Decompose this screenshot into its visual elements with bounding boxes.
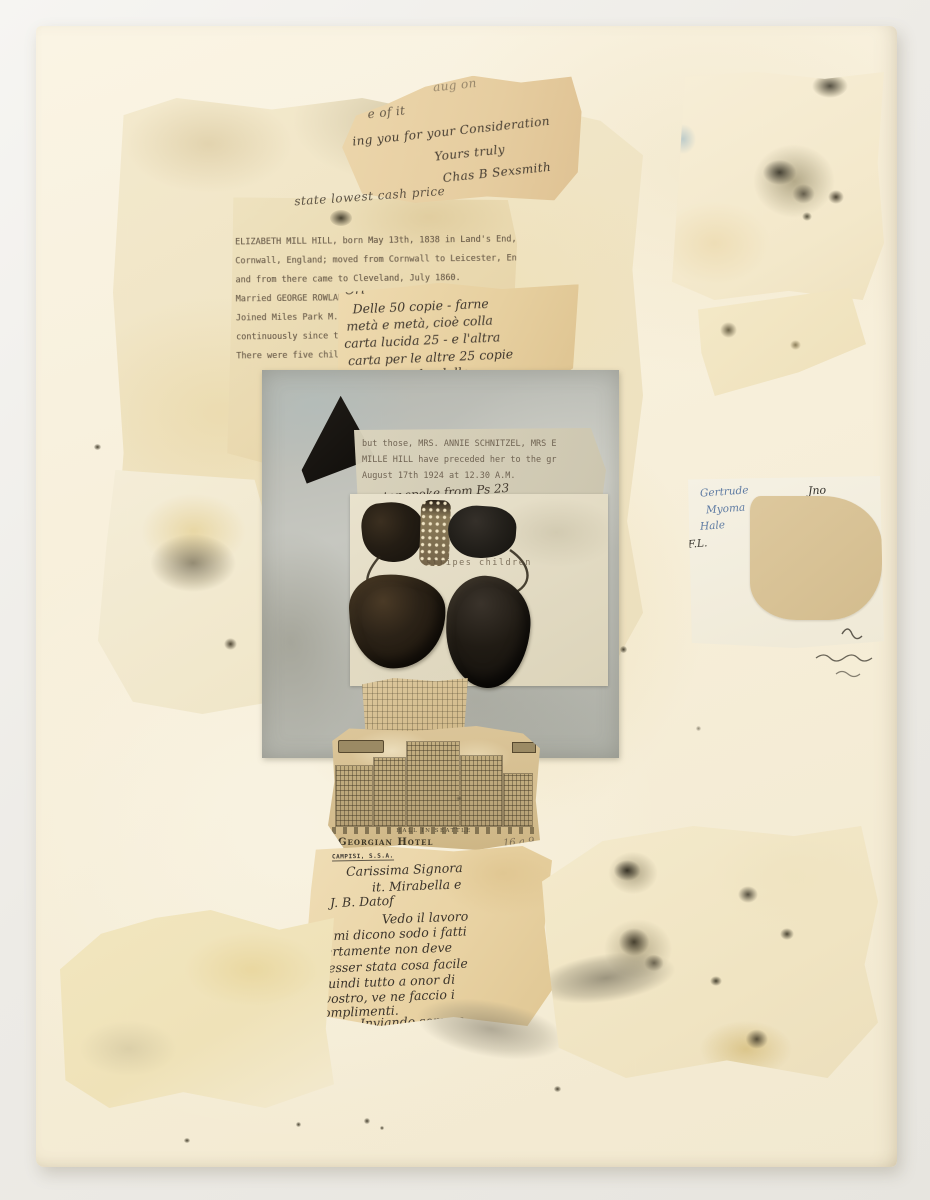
- ink-stain: [746, 138, 842, 224]
- building: [504, 774, 532, 826]
- handwritten-letter-fragment-bottom: CAMPISI, S.S.A. Carissima Signora it. Mi…: [306, 846, 552, 1026]
- ink-speck: [296, 1122, 301, 1127]
- stamp-text: CAMPISI, S.S.A.: [332, 852, 394, 861]
- ink-smudge: [150, 534, 236, 592]
- blue-smudge: [670, 124, 696, 154]
- ink-dot: [790, 340, 801, 350]
- artwork-sheet: ELIZABETH MILL HILL, born May 13th, 1838…: [36, 26, 897, 1167]
- leather-pouch-left: [347, 571, 449, 671]
- typed-line: but those, MRS. ANNIE SCHNITZEL, MRS E: [354, 428, 606, 452]
- handwriting-line: aug on: [432, 76, 477, 94]
- ink-speck: [554, 1086, 561, 1092]
- ink-speck: [364, 1118, 370, 1124]
- white-card: stripes children: [350, 494, 608, 686]
- ink-stain: [812, 74, 848, 98]
- ink-speck: [456, 796, 462, 801]
- handwriting-line: J. B. Datof: [330, 893, 394, 910]
- ink-dot: [224, 638, 237, 650]
- ink-speck: [620, 646, 627, 653]
- engraving-subcaption: HALL IN SEATTLE: [328, 828, 540, 834]
- leather-pouch-right: [443, 574, 533, 690]
- ink-speck: [330, 210, 352, 226]
- ink-speck: [94, 444, 101, 450]
- ink-dot: [738, 886, 758, 903]
- engraved-buildings: [336, 738, 532, 826]
- ink-speck: [696, 726, 701, 731]
- gray-smudge: [412, 988, 569, 1069]
- stained-fragment-top-right: [672, 72, 884, 300]
- yellow-stain: [692, 1016, 800, 1082]
- pale-fragment-left: [98, 470, 272, 714]
- yellowed-fragment-bottom-left: [60, 910, 334, 1108]
- building: [336, 766, 372, 826]
- ink-dot: [802, 212, 812, 221]
- ink-speck: [184, 1138, 190, 1143]
- ink-dot: [720, 322, 737, 338]
- handwriting-line: Yours truly: [434, 142, 506, 163]
- stained-fragment-bottom-right: [542, 826, 878, 1078]
- leather-piece-small-right: [446, 504, 517, 561]
- leather-piece-small-left: [359, 499, 427, 565]
- handwriting-line-blue: Hale: [700, 519, 726, 533]
- ink-stain: [604, 848, 662, 898]
- gray-streak: [533, 944, 678, 1011]
- handwriting-initials: F.L.: [688, 537, 708, 551]
- torn-fragment-right: [698, 288, 866, 396]
- building: [407, 742, 458, 826]
- ink-dot: [828, 190, 844, 204]
- photo-backdrop: ELIZABETH MILL HILL, born May 13th, 1838…: [0, 0, 930, 1200]
- typed-line: MILLE HILL have preceded her to the gr: [354, 452, 606, 468]
- handwriting-line-blue: Myoma: [706, 502, 746, 517]
- ink-speck: [380, 1126, 384, 1130]
- handwriting-line-blue: Gertrude: [700, 484, 749, 499]
- building: [374, 758, 406, 826]
- handwriting-line: it. Mirabella e: [372, 876, 462, 894]
- building: [461, 756, 503, 826]
- georgian-hotel-engraving: HALL IN SEATTLE Georgian Hotel 16 a 9: [328, 726, 540, 850]
- typed-line: August 17th 1924 at 12.30 A.M.: [354, 468, 606, 484]
- typed-caption: stripes children: [350, 558, 608, 568]
- handwriting-line: per di f. 25: [346, 1029, 416, 1046]
- ink-dot: [780, 928, 794, 940]
- beaded-sequin-piece: [419, 499, 451, 566]
- ink-dot: [710, 976, 722, 986]
- scribble-marks: [796, 586, 926, 686]
